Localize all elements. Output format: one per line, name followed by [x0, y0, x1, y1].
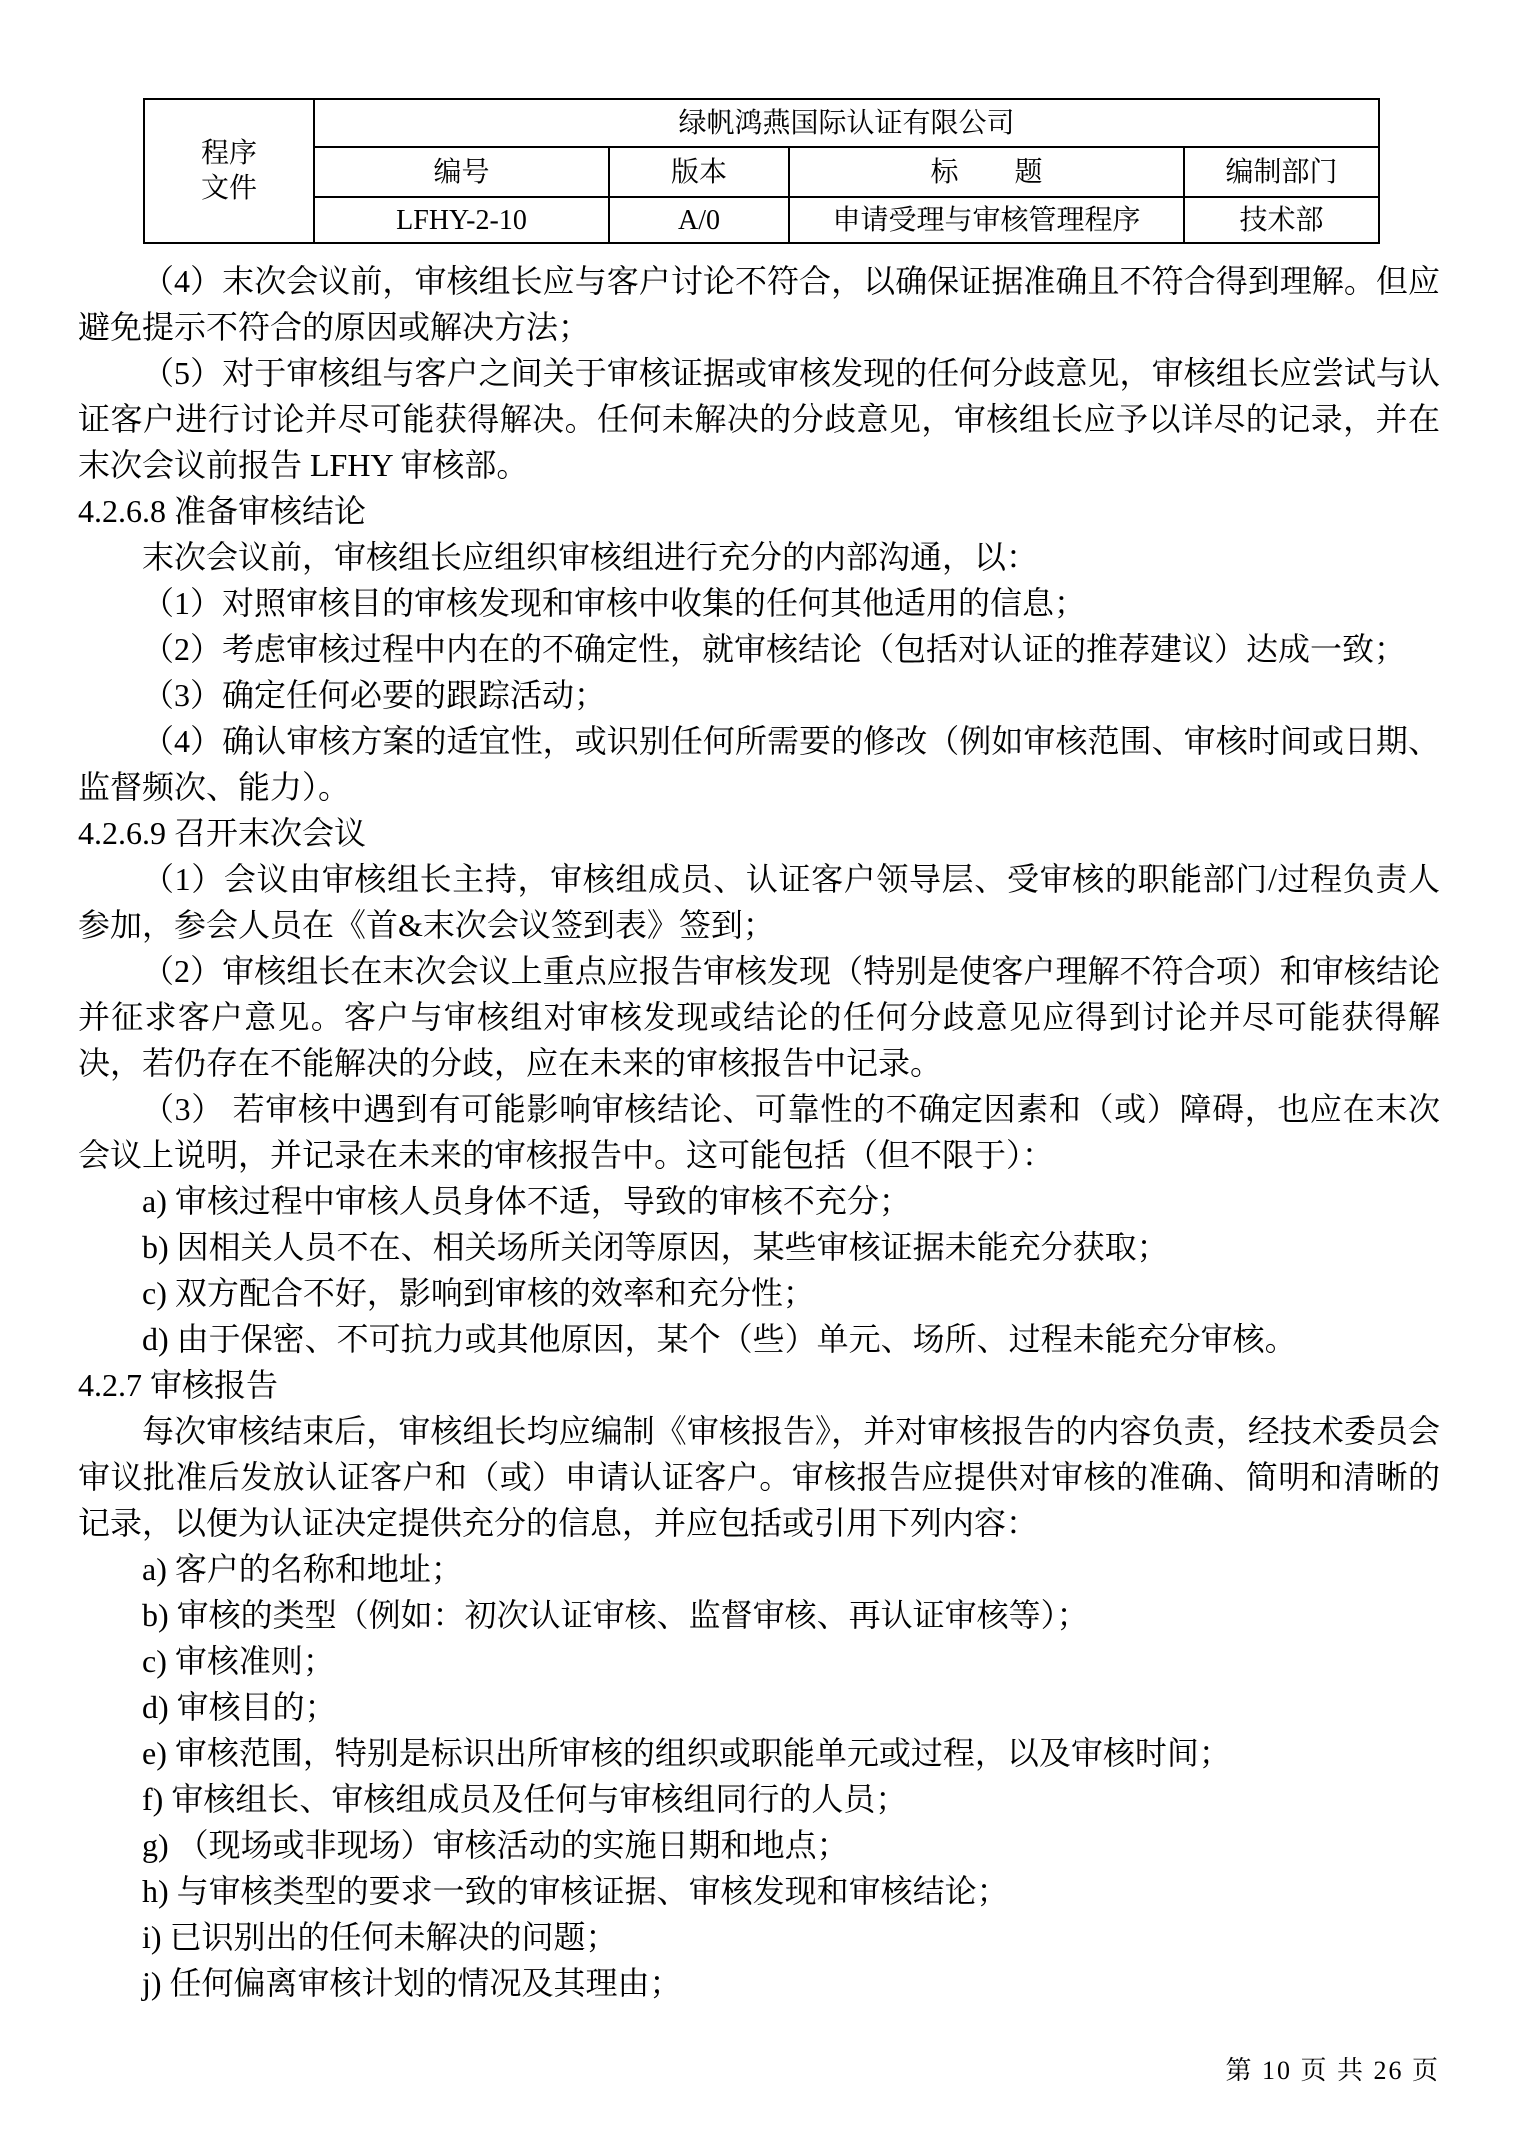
document-page: 程序 文件 绿帆鸿燕国际认证有限公司 编号 版本 标 题 编制部门 LFHY-2…: [0, 0, 1514, 2140]
paragraph: 每次审核结束后，审核组长均应编制《审核报告》，并对审核报告的内容负责，经技术委员…: [78, 1408, 1440, 1546]
section-heading: 4.2.6.9 召开末次会议: [78, 810, 1440, 856]
procedure-header-table: 程序 文件 绿帆鸿燕国际认证有限公司 编号 版本 标 题 编制部门 LFHY-2…: [143, 98, 1380, 244]
list-item: b) 因相关人员不在、相关场所关闭等原因，某些审核证据未能充分获取；: [78, 1224, 1440, 1270]
list-item: a) 审核过程中审核人员身体不适，导致的审核不充分；: [78, 1178, 1440, 1224]
code-value: LFHY-2-10: [314, 197, 609, 243]
list-item: j) 任何偏离审核计划的情况及其理由；: [78, 1960, 1440, 2006]
title-value: 申请受理与审核管理程序: [789, 197, 1184, 243]
list-item: d) 审核目的；: [78, 1684, 1440, 1730]
code-label: 编号: [314, 147, 609, 197]
list-item: （4）确认审核方案的适宜性，或识别任何所需要的修改（例如审核范围、审核时间或日期…: [78, 718, 1440, 810]
dept-value: 技术部: [1184, 197, 1379, 243]
doc-type-cell: 程序 文件: [144, 99, 314, 243]
list-item: h) 与审核类型的要求一致的审核证据、审核发现和审核结论；: [78, 1868, 1440, 1914]
list-item: （3）确定任何必要的跟踪活动；: [78, 672, 1440, 718]
title-label: 标 题: [789, 147, 1184, 197]
list-item: i) 已识别出的任何未解决的问题；: [78, 1914, 1440, 1960]
list-item: d) 由于保密、不可抗力或其他原因，某个（些）单元、场所、过程未能充分审核。: [78, 1316, 1440, 1362]
document-body: （4）末次会议前，审核组长应与客户讨论不符合，以确保证据准确且不符合得到理解。但…: [78, 258, 1440, 2006]
list-item: c) 双方配合不好，影响到审核的效率和充分性；: [78, 1270, 1440, 1316]
section-heading: 4.2.6.8 准备审核结论: [78, 488, 1440, 534]
list-item: g) （现场或非现场）审核活动的实施日期和地点；: [78, 1822, 1440, 1868]
page-number: 第 10 页 共 26 页: [1225, 2050, 1440, 2087]
list-item: （2）审核组长在末次会议上重点应报告审核发现（特别是使客户理解不符合项）和审核结…: [78, 948, 1440, 1086]
list-item: a) 客户的名称和地址；: [78, 1546, 1440, 1592]
version-value: A/0: [609, 197, 789, 243]
list-item: b) 审核的类型（例如：初次认证审核、监督审核、再认证审核等）；: [78, 1592, 1440, 1638]
paragraph: （5）对于审核组与客户之间关于审核证据或审核发现的任何分歧意见，审核组长应尝试与…: [78, 350, 1440, 488]
dept-label: 编制部门: [1184, 147, 1379, 197]
list-item: f) 审核组长、审核组成员及任何与审核组同行的人员；: [78, 1776, 1440, 1822]
paragraph: 末次会议前，审核组长应组织审核组进行充分的内部沟通，以：: [78, 534, 1440, 580]
list-item: （3） 若审核中遇到有可能影响审核结论、可靠性的不确定因素和（或）障碍，也应在末…: [78, 1086, 1440, 1178]
list-item: （1）会议由审核组长主持，审核组成员、认证客户领导层、受审核的职能部门/过程负责…: [78, 856, 1440, 948]
company-name: 绿帆鸿燕国际认证有限公司: [314, 99, 1379, 147]
section-heading: 4.2.7 审核报告: [78, 1362, 1440, 1408]
version-label: 版本: [609, 147, 789, 197]
doc-type-line-2: 文件: [145, 171, 313, 206]
list-item: （1）对照审核目的审核发现和审核中收集的任何其他适用的信息；: [78, 580, 1440, 626]
doc-type-line-1: 程序: [145, 136, 313, 171]
list-item: c) 审核准则；: [78, 1638, 1440, 1684]
list-item: e) 审核范围，特别是标识出所审核的组织或职能单元或过程，以及审核时间；: [78, 1730, 1440, 1776]
paragraph: （4）末次会议前，审核组长应与客户讨论不符合，以确保证据准确且不符合得到理解。但…: [78, 258, 1440, 350]
list-item: （2）考虑审核过程中内在的不确定性，就审核结论（包括对认证的推荐建议）达成一致；: [78, 626, 1440, 672]
